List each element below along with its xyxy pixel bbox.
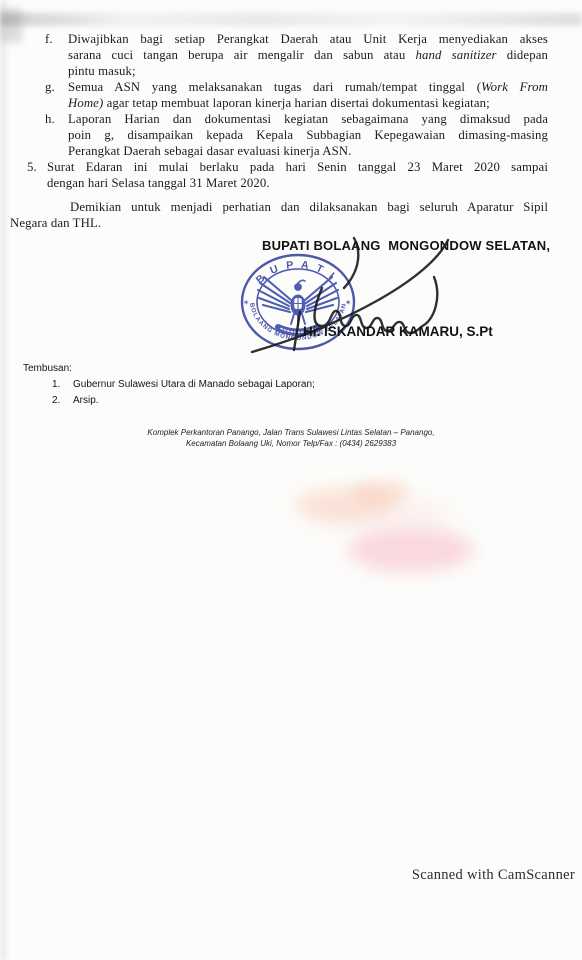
numbered-item-slot: 5.Surat Edaran ini mulai berlaku pada ha… [45, 159, 548, 191]
text-segment: Semua ASN yang melaksanakan tugas dari r… [68, 80, 481, 94]
text-segment: dengan hari Selasa tanggal 31 Maret 2020… [47, 176, 270, 190]
text-segment: Demikian untuk menjadi perhatian dan dil… [70, 200, 548, 214]
text-segment: hand sanitizer [415, 48, 496, 62]
text-segment: poin g, disampaikan kepada Kepala Subbag… [68, 128, 548, 142]
text-line: Semua ASN yang melaksanakan tugas dari r… [68, 79, 548, 95]
text-segment: Perangkat Daerah sebagai dasar evaluasi … [68, 144, 351, 158]
text-segment: Surat Edaran ini mulai berlaku pada hari… [47, 160, 548, 174]
text-line: Demikian untuk menjadi perhatian dan dil… [10, 199, 548, 215]
document-page: f.Diwajibkan bagi setiap Perangkat Daera… [0, 0, 582, 960]
scan-smudge [348, 528, 473, 572]
scan-left-shadow [0, 0, 7, 960]
text-segment: agar tetap membuat laporan kinerja haria… [103, 96, 489, 110]
signature-ink [228, 228, 538, 378]
tembusan-item: 2.Arsip. [52, 394, 315, 408]
list-item: h.Laporan Harian dan dokumentasi kegiata… [45, 111, 548, 159]
text-segment: pintu masuk; [68, 64, 136, 78]
text-line: Perangkat Daerah sebagai dasar evaluasi … [68, 143, 548, 159]
list-item: 5.Surat Edaran ini mulai berlaku pada ha… [27, 159, 548, 191]
text-line: dengan hari Selasa tanggal 31 Maret 2020… [47, 175, 548, 191]
lettered-list: f.Diwajibkan bagi setiap Perangkat Daera… [45, 31, 548, 159]
text-segment: Diwajibkan bagi setiap Perangkat Daerah … [68, 32, 548, 46]
text-segment: didepan [497, 48, 548, 62]
tembusan-text: Gubernur Sulawesi Utara di Manado sebaga… [73, 378, 315, 392]
letter-body: f.Diwajibkan bagi setiap Perangkat Daera… [45, 31, 548, 231]
text-line: poin g, disampaikan kepada Kepala Subbag… [68, 127, 548, 143]
text-line: Home) agar tetap membuat laporan kinerja… [68, 95, 548, 111]
camscanner-watermark: Scanned with CamScanner [412, 867, 575, 884]
office-address: Komplek Perkantoran Panango, Jalan Trans… [0, 427, 582, 449]
list-marker: f. [45, 31, 53, 47]
tembusan-label: Tembusan: [23, 362, 315, 376]
scan-smudge [302, 500, 452, 528]
list-item: f.Diwajibkan bagi setiap Perangkat Daera… [45, 31, 548, 79]
list-marker: 5. [27, 159, 37, 175]
text-segment: Laporan Harian dan dokumentasi kegiatan … [68, 112, 548, 126]
address-line: Kecamatan Bolaang Uki, Nomor Telp/Fax : … [0, 438, 582, 449]
tembusan-section: Tembusan: 1.Gubernur Sulawesi Utara di M… [23, 362, 315, 408]
address-line: Komplek Perkantoran Panango, Jalan Trans… [0, 427, 582, 438]
list-marker: h. [45, 111, 55, 127]
list-item: g.Semua ASN yang melaksanakan tugas dari… [45, 79, 548, 111]
tembusan-number: 1. [52, 378, 73, 392]
text-segment: Home) [68, 96, 103, 110]
text-segment: sarana cuci tangan berupa air mengalir d… [68, 48, 415, 62]
signatory-name: Hi. ISKANDAR KAMARU, S.Pt [303, 324, 493, 339]
tembusan-item: 1.Gubernur Sulawesi Utara di Manado seba… [52, 378, 315, 392]
list-marker: g. [45, 79, 55, 95]
tembusan-number: 2. [52, 394, 73, 408]
closing-paragraph: Demikian untuk menjadi perhatian dan dil… [10, 199, 548, 231]
text-segment: Negara dan THL. [10, 216, 101, 230]
text-line: Diwajibkan bagi setiap Perangkat Daerah … [68, 31, 548, 47]
tembusan-text: Arsip. [73, 394, 99, 408]
text-line: Laporan Harian dan dokumentasi kegiatan … [68, 111, 548, 127]
text-segment: Work From [481, 80, 548, 94]
text-line: pintu masuk; [68, 63, 548, 79]
text-line: sarana cuci tangan berupa air mengalir d… [68, 47, 548, 63]
text-line: Surat Edaran ini mulai berlaku pada hari… [47, 159, 548, 175]
scan-edge-band [0, 13, 582, 26]
tembusan-list: 1.Gubernur Sulawesi Utara di Manado seba… [23, 378, 315, 408]
